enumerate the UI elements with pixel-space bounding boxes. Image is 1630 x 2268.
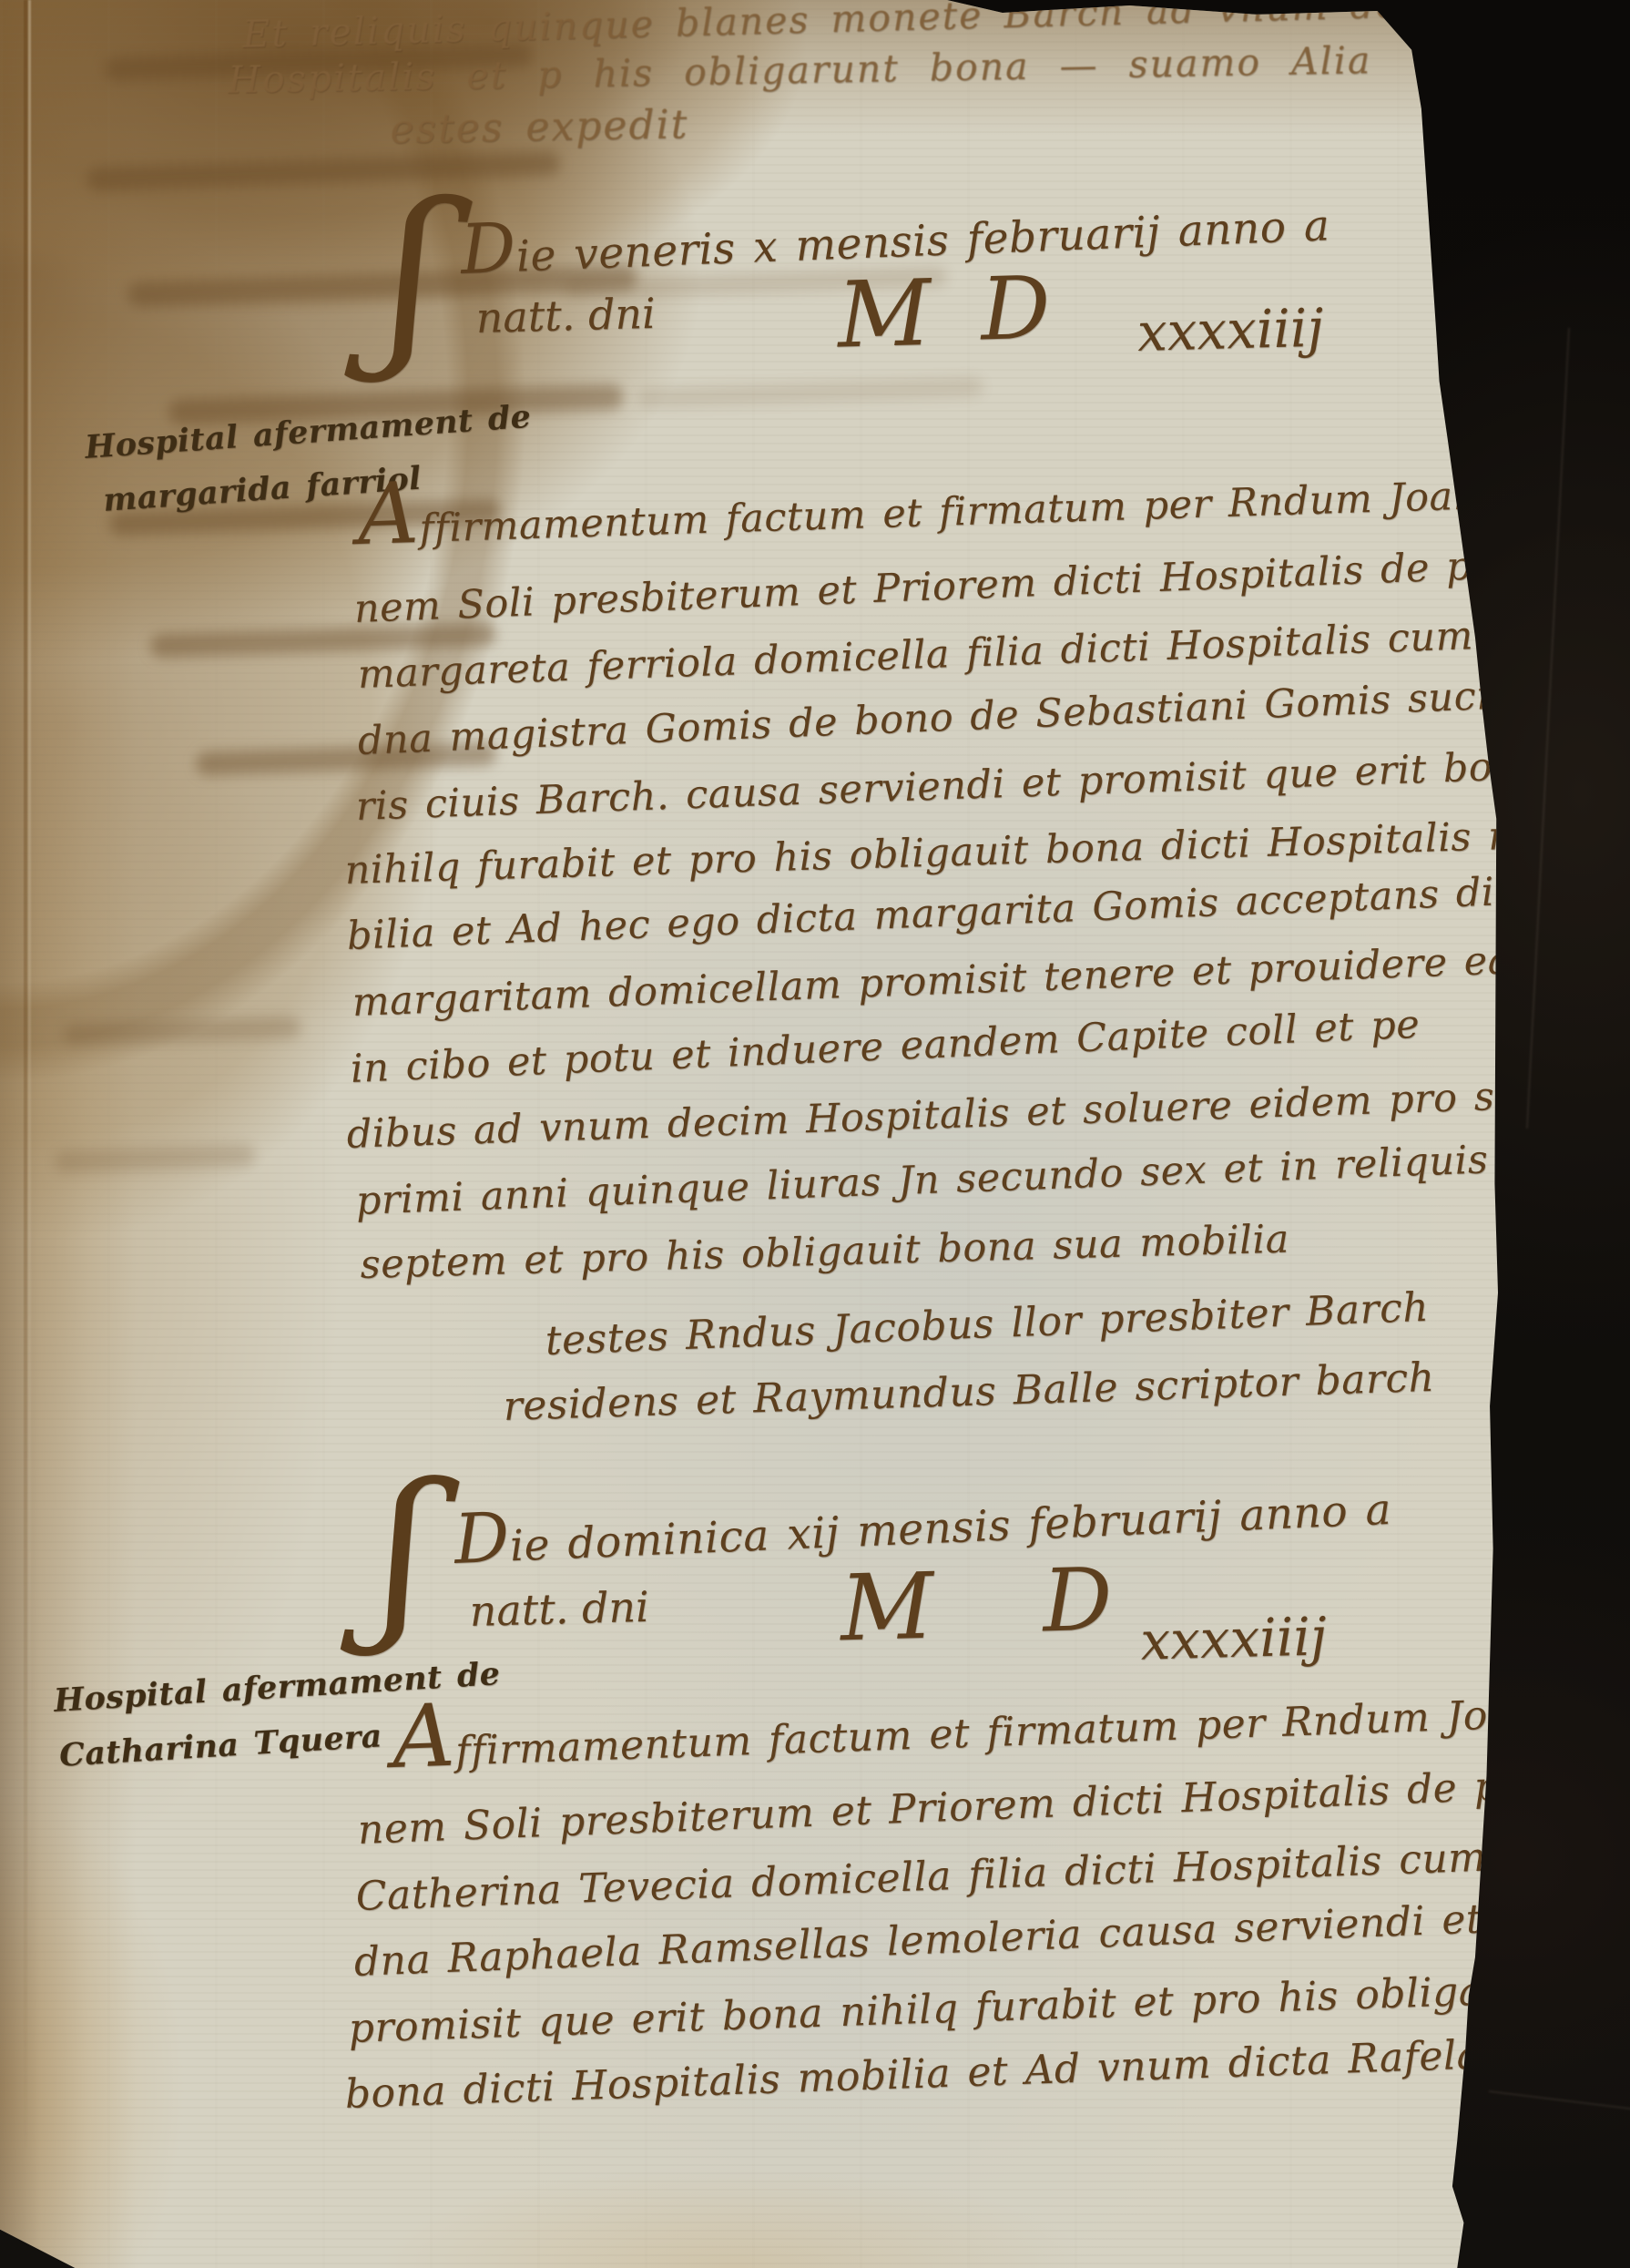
gutter-crease bbox=[24, 0, 27, 2268]
year-thousand: M bbox=[837, 281, 932, 348]
margin-note: Catharina Tquera bbox=[58, 1718, 383, 1773]
gutter-crease-highlight bbox=[28, 0, 31, 2095]
year-units: xxxxiiij bbox=[1136, 297, 1324, 363]
backdrop-crease bbox=[1489, 2090, 1630, 2121]
body-line: Affirmamentum factum et firmatum per Rnd… bbox=[357, 456, 1480, 553]
year-hundred: D bbox=[980, 278, 1051, 340]
paragraph-mark: ʃ bbox=[382, 202, 443, 346]
year-units: xxxxiiij bbox=[1140, 1605, 1328, 1671]
header-line: estes expedit bbox=[390, 102, 689, 152]
ghost-writing bbox=[87, 151, 561, 191]
manuscript-page: 134 Et reliquis quinque blanes monete Ba… bbox=[0, 0, 1630, 2268]
ghost-writing bbox=[637, 376, 984, 408]
manuscript-photo: 134 Et reliquis quinque blanes monete Ba… bbox=[0, 0, 1630, 2268]
year-prefix: natt. dni bbox=[469, 1582, 649, 1636]
ghost-writing bbox=[55, 1144, 256, 1173]
year-hundred: D bbox=[1042, 1570, 1113, 1632]
year-thousand: M bbox=[840, 1575, 934, 1641]
ghost-writing bbox=[64, 1016, 301, 1046]
year-prefix: natt. dni bbox=[475, 289, 656, 342]
folio-number: 134 bbox=[1440, 13, 1514, 61]
year-line: natt. dni M D xxxxiiij bbox=[469, 1564, 1327, 1650]
witness-line: testes Rndus Jacobus llor presbiter Barc… bbox=[545, 1285, 1430, 1364]
paragraph-mark: ʃ bbox=[376, 1485, 432, 1620]
witness-line: residens et Raymundus Balle scriptor bar… bbox=[503, 1355, 1435, 1429]
backdrop-crease bbox=[1526, 328, 1570, 1129]
body-line: Affirmamentum factum et firmatum per Rnd… bbox=[392, 1674, 1539, 1776]
body-line: septem et pro his obligauit bona sua mob… bbox=[360, 1218, 1289, 1288]
